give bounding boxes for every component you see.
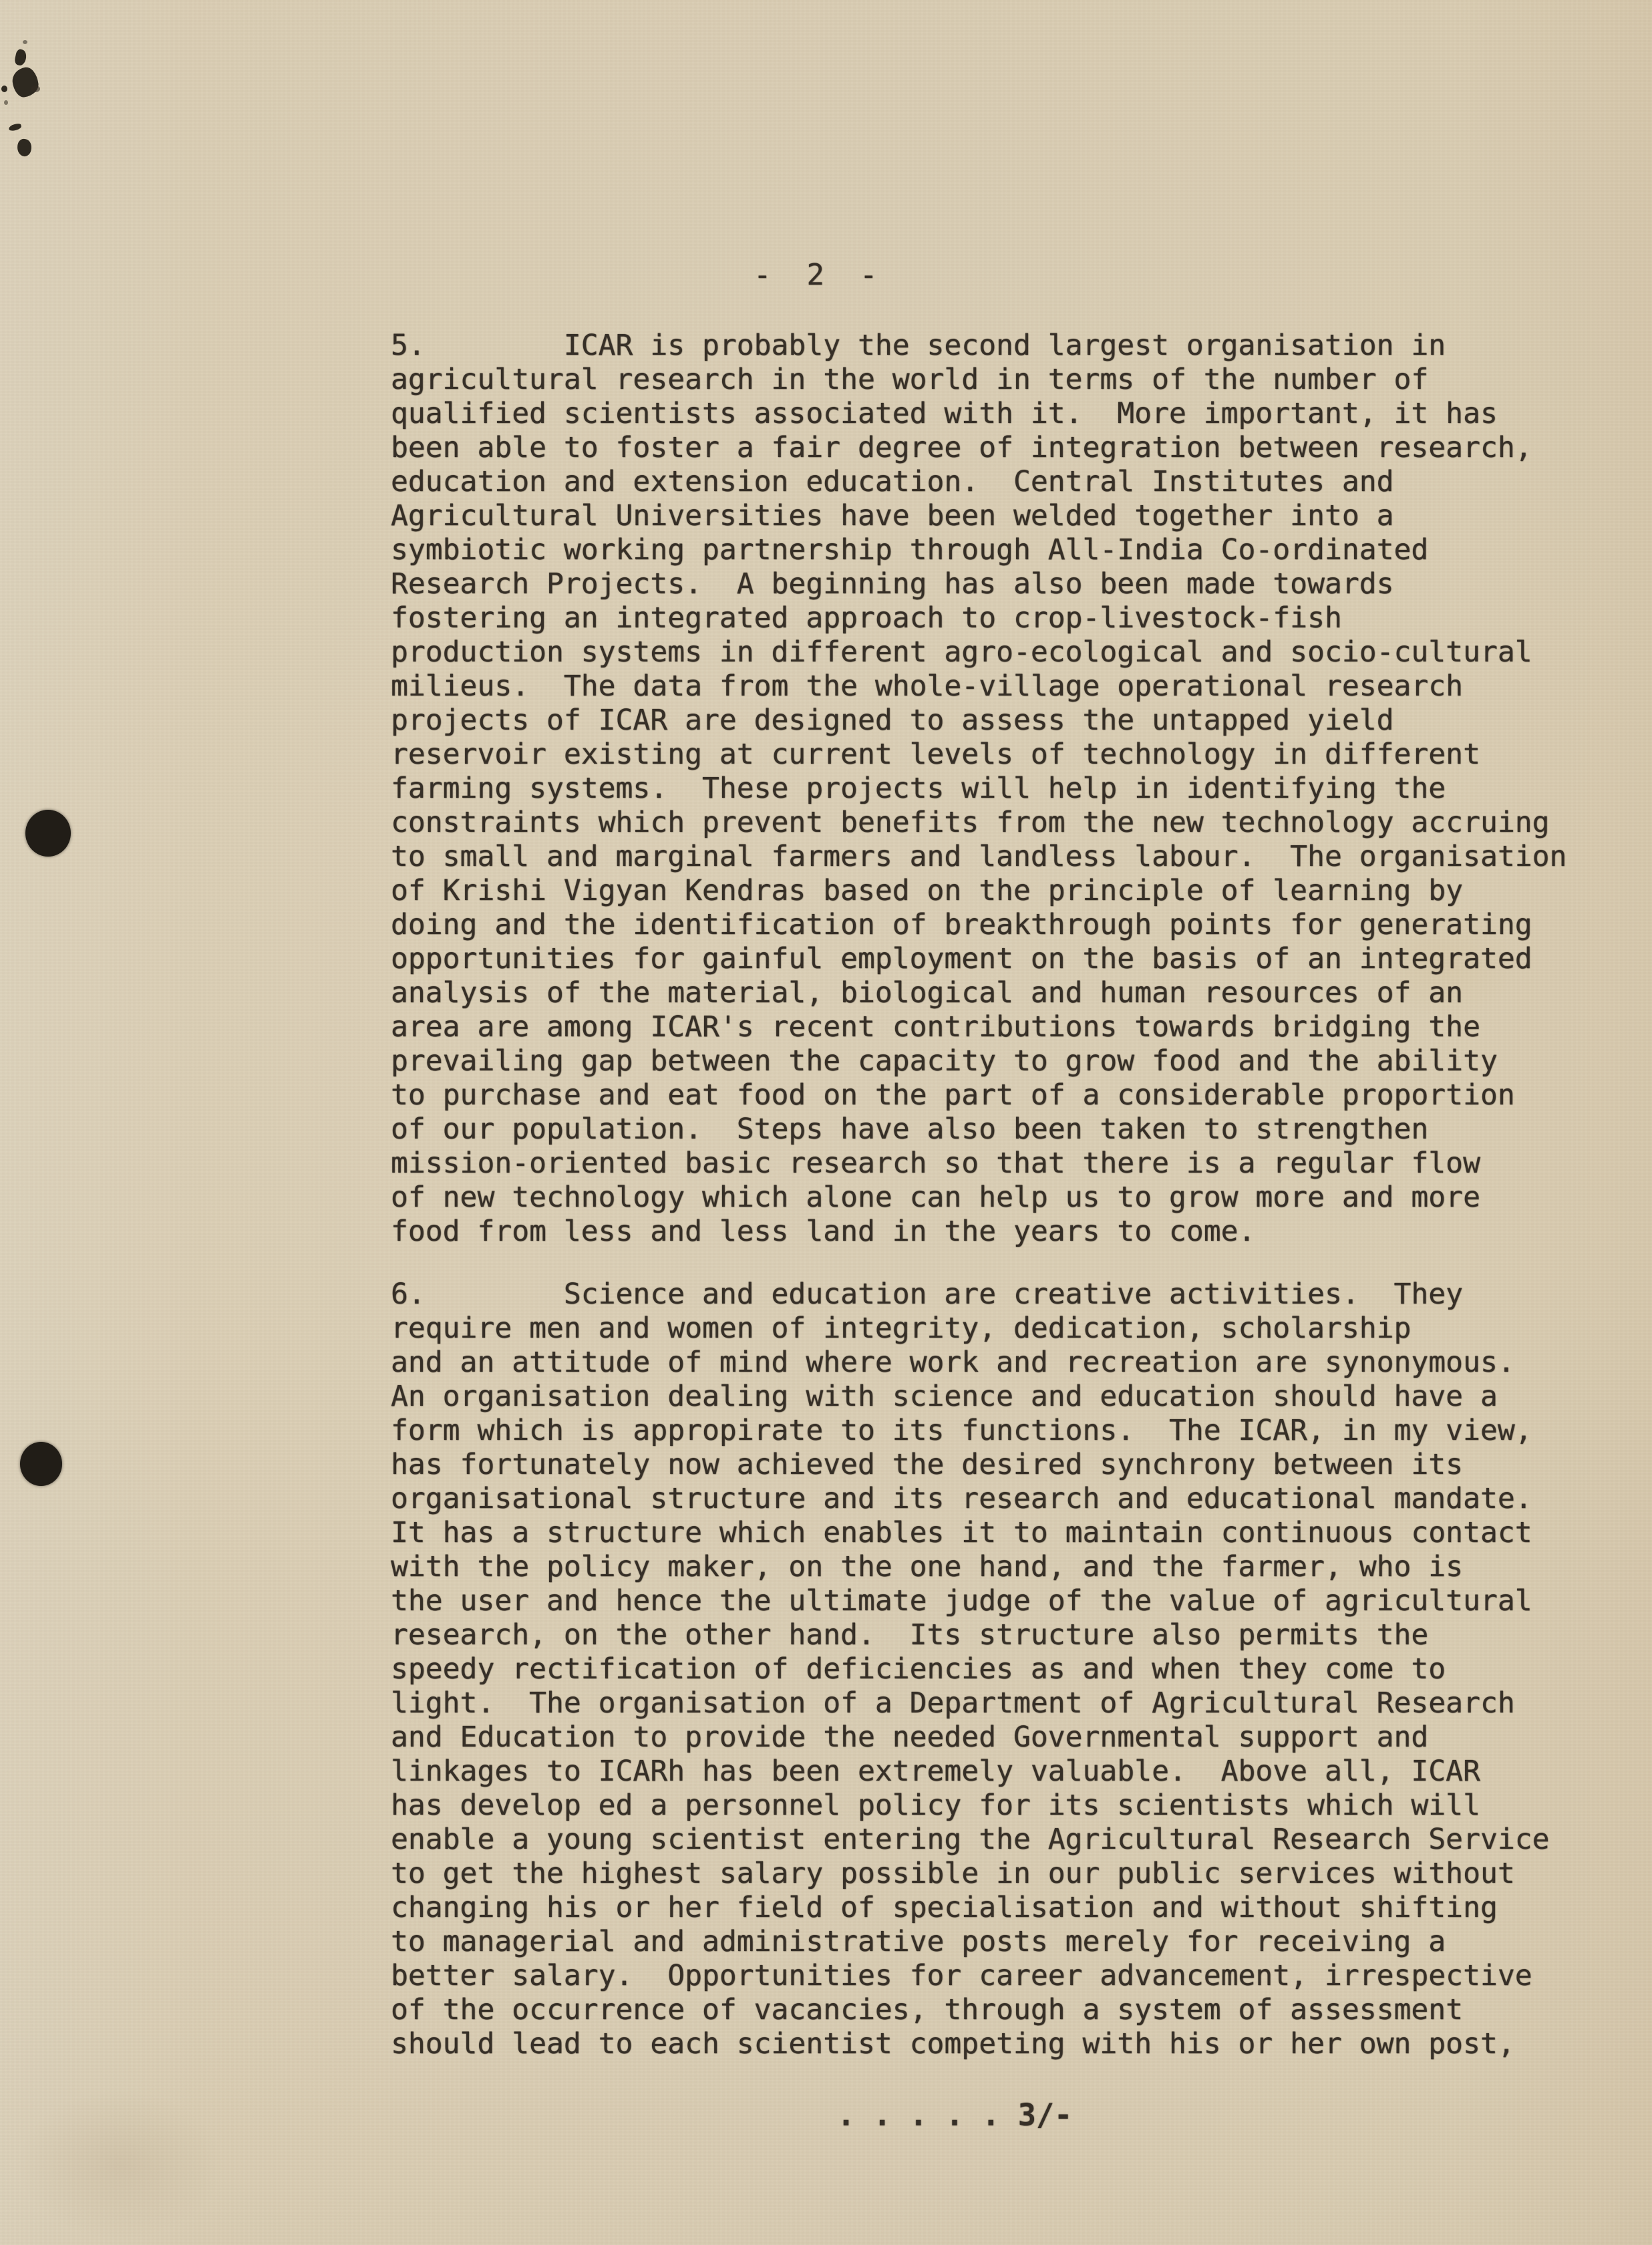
- punch-dot-bottom: [20, 1442, 62, 1486]
- ink-speck-2: [1, 86, 7, 92]
- ink-speck-3: [4, 100, 8, 105]
- ink-stain-5: [17, 138, 33, 157]
- ink-stain-2: [11, 66, 40, 99]
- continuation-mark: . . . . . 3/-: [837, 2098, 1072, 2132]
- punch-dot-top: [25, 810, 71, 857]
- ink-stain-4: [8, 123, 22, 132]
- paragraph-5: 5. ICAR is probably the second largest o…: [391, 329, 1566, 1249]
- document-page: - 2 - 5. ICAR is probably the second lar…: [0, 0, 1652, 2245]
- ink-stain-1: [14, 49, 28, 67]
- paragraph-6: 6. Science and education are creative ac…: [391, 1278, 1550, 2061]
- ink-speck: [23, 40, 27, 44]
- page-number: - 2 -: [754, 258, 877, 292]
- ink-stain-3: [31, 86, 40, 92]
